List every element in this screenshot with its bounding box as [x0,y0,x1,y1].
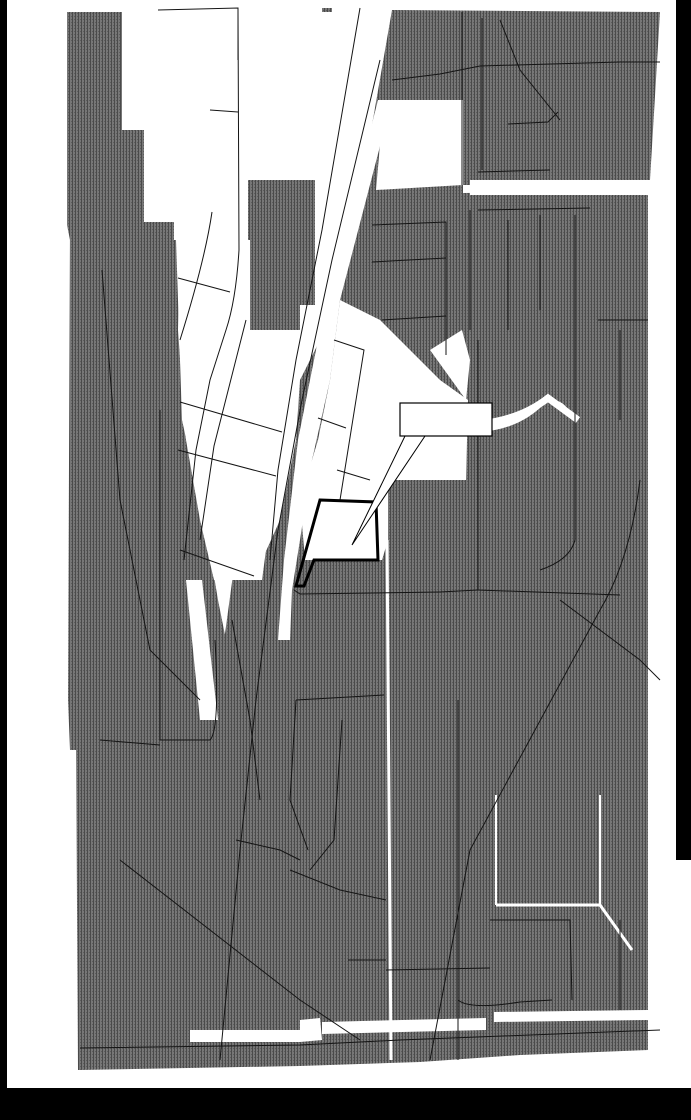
scan-edge-left [0,0,7,1120]
map-root [0,0,691,1120]
scanned-map [0,0,691,1120]
callout-box[interactable] [400,403,492,436]
scan-edge-right [676,0,691,860]
scan-edge-bottom [0,1088,691,1120]
